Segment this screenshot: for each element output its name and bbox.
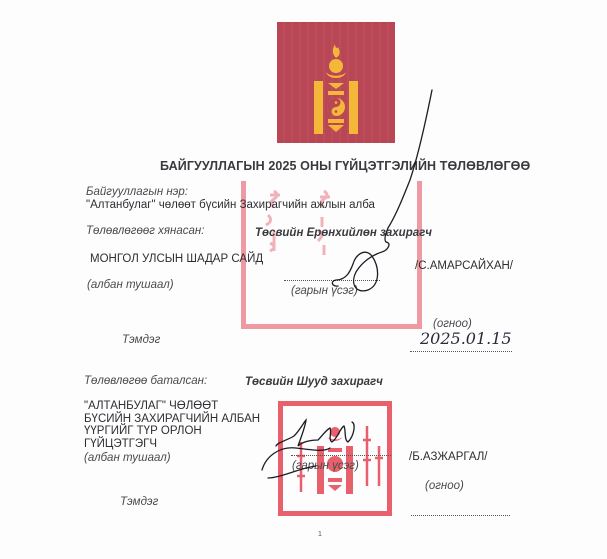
page-title: БАЙГУУЛЛАГЫН 2025 ОНЫ ГҮЙЦЭТГЭЛИЙН ТӨЛӨВ…	[160, 159, 530, 173]
approver-signature-caption: (гарын үсэг)	[292, 460, 359, 472]
approver-name: /Б.АЗЖАРГАЛ/	[409, 451, 488, 463]
reviewer-signature-caption: (гарын үсэг)	[291, 285, 358, 297]
reviewer-seal-label: Тэмдэг	[122, 334, 160, 346]
organization-label: Байгууллагын нэр:	[86, 186, 188, 198]
reviewer-date-line	[410, 351, 512, 352]
approver-signature-line	[291, 455, 391, 456]
reviewer-role: Төсвийн Ерөнхийлөн захирагч	[255, 227, 432, 239]
approver-date-caption: (огноо)	[425, 480, 464, 492]
page-number: 1	[318, 531, 322, 538]
soyombo-icon	[277, 22, 395, 143]
reviewer-position: МОНГОЛ УЛСЫН ШАДАР САЙД	[90, 253, 263, 265]
reviewer-date: 2025.01.15	[420, 329, 512, 348]
official-seal-stamp-2	[278, 401, 392, 516]
approver-date-line	[411, 515, 510, 516]
state-emblem	[277, 22, 395, 143]
approver-position: "АЛТАНБУЛАГ" ЧӨЛӨӨТ БҮСИЙН ЗАХИРАГЧИЙН А…	[84, 400, 260, 450]
approver-label: Төлөвлөгөө баталсан:	[84, 375, 207, 387]
reviewer-label: Төлөвлөгөөг хянасан:	[86, 225, 204, 237]
reviewer-name: /С.АМАРСАЙХАН/	[415, 260, 513, 272]
reviewer-signature-line	[284, 280, 380, 281]
organization-name: "Алтанбулаг" чөлөөт бүсийн Захирагчийн а…	[86, 199, 375, 211]
approver-position-line: ГҮЙЦЭТГЭГЧ	[84, 438, 260, 451]
approver-position-line: БҮСИЙН ЗАХИРАГЧИЙН АЛБАН	[84, 413, 260, 426]
approver-role: Төсвийн Шууд захирагч	[245, 376, 383, 388]
approver-position-caption: (албан тушаал)	[84, 452, 171, 464]
approver-seal-label: Тэмдэг	[120, 496, 158, 508]
approver-position-line: "АЛТАНБУЛАГ" ЧӨЛӨӨТ	[84, 400, 260, 413]
seal-soyombo-icon	[283, 406, 387, 511]
approver-position-line: ҮҮРГИЙГ ТҮР ОРЛОН	[84, 425, 260, 438]
reviewer-position-caption: (албан тушаал)	[87, 279, 174, 291]
